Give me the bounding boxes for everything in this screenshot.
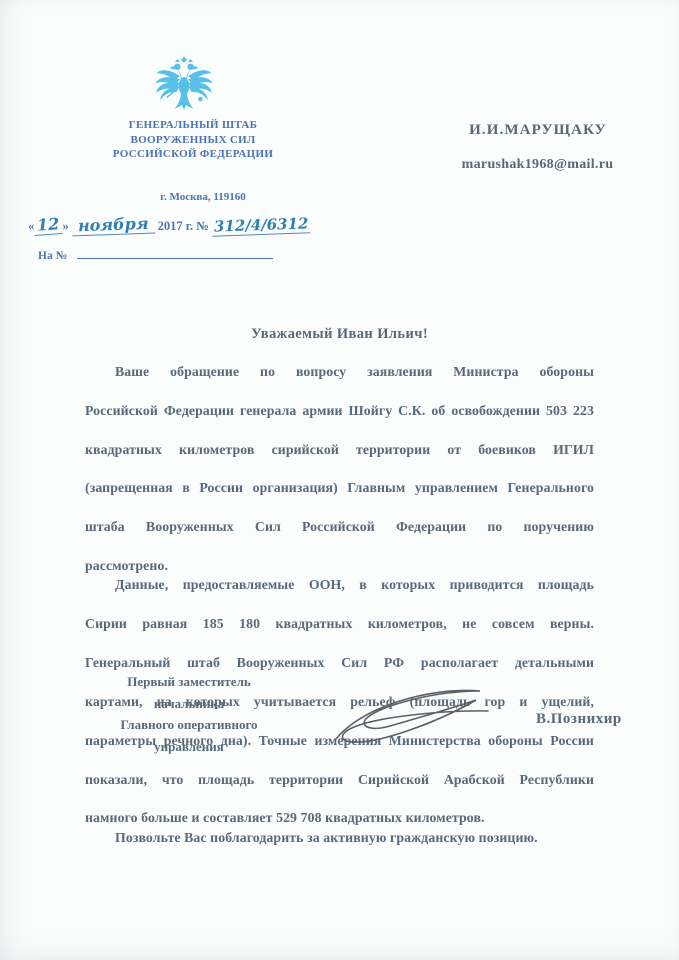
addressee-name: И.И.МАРУЩАКУ [438,122,638,139]
reply-blank-underline [77,246,273,259]
letter-line: Российской Федерации генерала армии Шойг… [85,401,594,440]
signer-title: Первый заместитель начальникаГлавного оп… [95,671,283,757]
letterhead-city-line: г. Москва, 119160 [88,191,318,203]
letterhead-org-line: РОССИЙСКОЙ ФЕДЕРАЦИИ [88,147,298,162]
scanned-letter-page: ГЕНЕРАЛЬНЫЙ ШТАБВООРУЖЕННЫХ СИЛРОССИЙСКО… [0,0,679,960]
letter-line: Ваше обращение по вопросу заявления Мини… [85,362,594,401]
letterhead-org-line: ВООРУЖЕННЫХ СИЛ [88,133,298,148]
number-sign: № [196,219,209,233]
letter-line: Данные, предоставляемые ООН, в которых п… [85,575,594,614]
handwritten-document-number: 312/4/6312 [212,214,311,236]
letter-line: квадратных километров сирийской территор… [85,440,594,479]
handwritten-day: 12 [34,214,64,236]
printed-year: 2017 г. [158,219,194,233]
letter-line: Сирии равная 185 180 квадратных километр… [85,614,594,653]
letter-line: штаба Вооруженных Сил Российской Федерац… [85,517,594,556]
signer-title-line: Главного оперативного управления [95,714,283,757]
letter-line: (запрещенная в России организация) Главн… [85,478,594,517]
addressee-email: marushak1968@mail.ru [415,157,660,173]
salutation: Уважаемый Иван Ильич! [85,326,594,343]
handwritten-signature-icon [328,681,506,757]
letterhead-organization: ГЕНЕРАЛЬНЫЙ ШТАБВООРУЖЕННЫХ СИЛРОССИЙСКО… [88,118,298,162]
reply-label: На № [38,250,67,262]
handwritten-month: ноября [72,214,155,237]
letter-line: показали, что площадь территории Сирийск… [85,770,594,809]
coat-of-arms-icon [154,55,214,117]
signer-title-line: Первый заместитель начальника [95,671,283,714]
reference-date-line: «12» ноября 2017 г. № 312/4/6312 [28,215,358,235]
letter-line: Позвольте Вас поблагодарить за активную … [85,828,594,847]
close-quote: » [63,219,69,233]
letter-line: намного больше и составляет 529 708 квад… [85,808,594,827]
letter-line: рассмотрено. [85,556,594,575]
letterhead-org-line: ГЕНЕРАЛЬНЫЙ ШТАБ [88,118,298,133]
signer-name: В.Познихир [536,711,622,728]
letter-body: Ваше обращение по вопросу заявления Мини… [85,362,594,847]
reply-reference-line: На № [38,246,273,262]
